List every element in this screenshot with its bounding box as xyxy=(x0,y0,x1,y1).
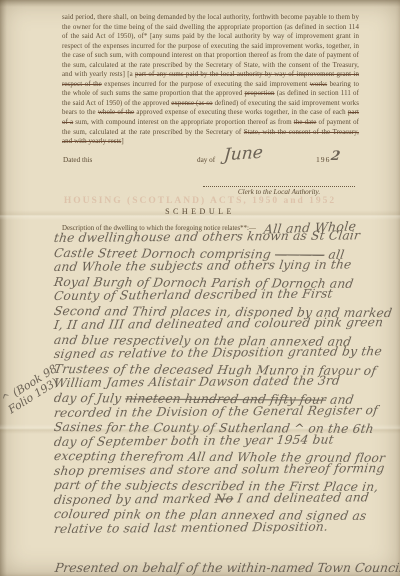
text-segment: expenses incurred for the purpose of exe… xyxy=(102,81,310,88)
handwritten-line: shop premises and store and solum thereo… xyxy=(53,461,394,478)
scanned-document-page: said period, there shall, on being deman… xyxy=(0,0,400,576)
text-segment: recorded in the Division of the General … xyxy=(53,403,379,420)
text-segment: works xyxy=(310,81,327,88)
text-segment: approved expense of executing these work… xyxy=(134,109,348,116)
handwritten-line: County of Sutherland described in the Fi… xyxy=(53,286,394,303)
handwritten-line: and Whole the subjects and others lying … xyxy=(53,257,394,274)
handwritten-month: June xyxy=(223,143,263,166)
bleed-through-text: HOUSING (SCOTLAND) ACTS, 1950 and 1952 xyxy=(0,196,400,206)
text-segment: day of September both in the year 1954 b… xyxy=(53,432,335,448)
handwritten-line: signed as relative to the Disposition gr… xyxy=(53,344,394,361)
text-segment: whole of the xyxy=(98,109,134,116)
handwritten-line: disponed by and marked No I and delineat… xyxy=(53,490,394,507)
text-segment: signed as relative to the Disposition gr… xyxy=(53,345,383,362)
text-segment: shop premises and store and solum thereo… xyxy=(53,461,385,478)
text-segment: County of Sutherland described in the Fi… xyxy=(53,287,333,303)
handwritten-line: the dwellinghouse and others known as St… xyxy=(53,228,394,245)
text-segment: relative to said last mentioned Disposit… xyxy=(53,520,329,536)
handwritten-year-digit: 2 xyxy=(330,149,341,164)
text-segment: said period, there shall, on being deman… xyxy=(62,14,359,78)
handwritten-line: day of September both in the year 1954 b… xyxy=(53,432,394,449)
printed-year: 196 xyxy=(316,155,330,164)
signature-dotted-line: Clerk to the Local Authority. xyxy=(203,186,355,196)
text-segment: the dwellinghouse and others known as St… xyxy=(53,228,361,245)
text-segment: No xyxy=(214,491,234,505)
handwritten-line: William James Alistair Dawson dated the … xyxy=(53,374,394,391)
paper-edge-shadow-left xyxy=(0,0,7,576)
text-segment: the date xyxy=(294,119,317,126)
text-segment: I, II and III and delineated and coloure… xyxy=(53,315,384,332)
clerk-caption: Clerk to the Local Authority. xyxy=(203,188,355,196)
paper-edge-shadow-top xyxy=(0,0,400,7)
handwritten-line: recorded in the Division of the General … xyxy=(53,403,394,420)
day-of-label: day of xyxy=(197,156,215,164)
text-segment: proportion xyxy=(244,90,274,97)
text-segment: disponed by and marked xyxy=(53,491,216,506)
handwritten-line: I, II and III and delineated and coloure… xyxy=(53,315,394,332)
text-segment: and Whole the subjects and others lying … xyxy=(53,258,352,275)
handwritten-bottom-line: Presented on behalf of the within-named … xyxy=(54,560,400,575)
text-segment: expense (as so xyxy=(171,100,212,107)
text-segment: day of July xyxy=(53,391,126,405)
handwritten-line: relative to said last mentioned Disposit… xyxy=(53,519,394,536)
handwritten-schedule-text: the dwellinghouse and others known as St… xyxy=(54,231,392,536)
text-segment: I and delineated and xyxy=(232,490,369,505)
text-segment: sum, with compound interest on the appro… xyxy=(73,119,294,126)
text-segment: ] xyxy=(121,138,123,145)
schedule-heading: SCHEDULE xyxy=(0,207,400,216)
dated-this-label: Dated this xyxy=(63,156,92,164)
text-segment: William James Alistair Dawson dated the … xyxy=(53,374,341,390)
printed-clause-paragraph: said period, there shall, on being deman… xyxy=(62,13,359,147)
